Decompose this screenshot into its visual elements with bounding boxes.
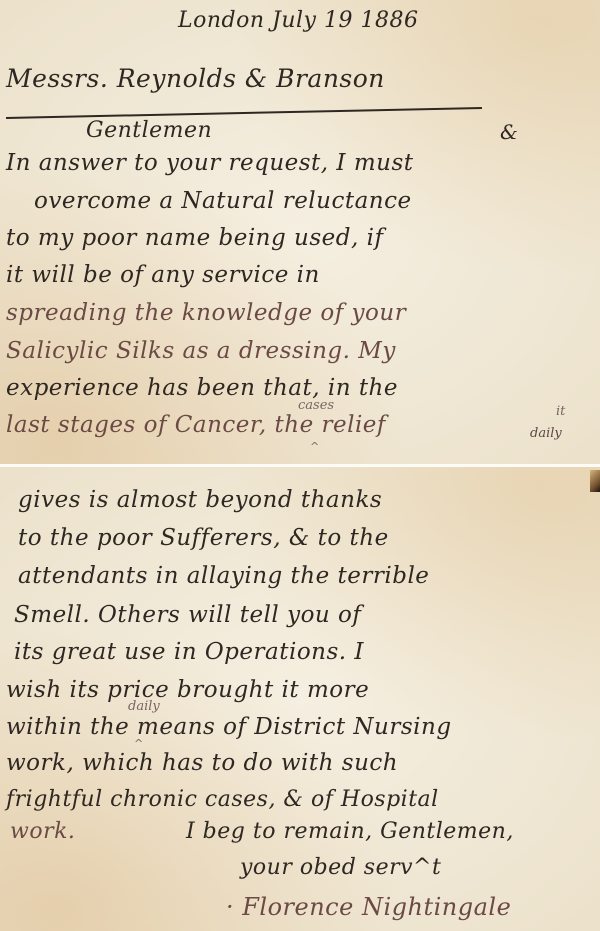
body-line: gives is almost beyond thanks xyxy=(18,487,382,513)
letter-page-2: gives is almost beyond thanks to the poo… xyxy=(0,467,600,931)
salutation: Gentlemen xyxy=(86,118,212,143)
body-line: work. xyxy=(10,819,75,844)
body-line: last stages of Cancer, the relief xyxy=(6,412,386,438)
body-line: wish its price brought it more xyxy=(6,677,369,703)
dateline: London July 19 1886 xyxy=(178,8,418,33)
body-line: overcome a Natural reluctance xyxy=(34,188,412,214)
body-line: within the means of District Nursing xyxy=(6,714,452,740)
body-line: its great use in Operations. I xyxy=(14,639,364,665)
insertion-caret: ^ xyxy=(310,440,319,453)
insertion-it: it xyxy=(556,404,565,419)
body-line: Smell. Others will tell you of xyxy=(14,602,361,628)
body-line: work, which has to do with such xyxy=(6,750,398,776)
body-line: spreading the knowledge of your xyxy=(6,300,406,326)
body-line: it will be of any service in xyxy=(6,262,320,288)
body-line: experience has been that, in the xyxy=(6,375,398,401)
body-line: to my poor name being used, if xyxy=(6,225,383,251)
addressee: Messrs. Reynolds & Branson xyxy=(6,64,385,93)
body-line: In answer to your request, I must xyxy=(6,150,414,176)
signature: · Florence Nightingale xyxy=(226,893,511,921)
body-line: attendants in allaying the terrible xyxy=(18,563,429,589)
body-line: frightful chronic cases, & of Hospital xyxy=(6,787,439,812)
insertion-ampersand: & xyxy=(500,120,518,144)
closing: I beg to remain, Gentlemen, xyxy=(186,819,514,844)
insertion-caret: ^ xyxy=(134,737,143,750)
body-line: to the poor Sufferers, & to the xyxy=(18,525,389,551)
letter-page-1: London July 19 1886 Messrs. Reynolds & B… xyxy=(0,0,600,464)
addressee-underline xyxy=(6,107,482,118)
insertion-daily: daily xyxy=(128,699,160,714)
page-corner xyxy=(590,470,600,492)
closing-line-2: your obed serv^t xyxy=(240,855,441,880)
insertion-cases: cases xyxy=(298,398,334,413)
body-line: Salicylic Silks as a dressing. My xyxy=(6,338,396,364)
insertion-daily-page1: daily xyxy=(530,426,562,441)
